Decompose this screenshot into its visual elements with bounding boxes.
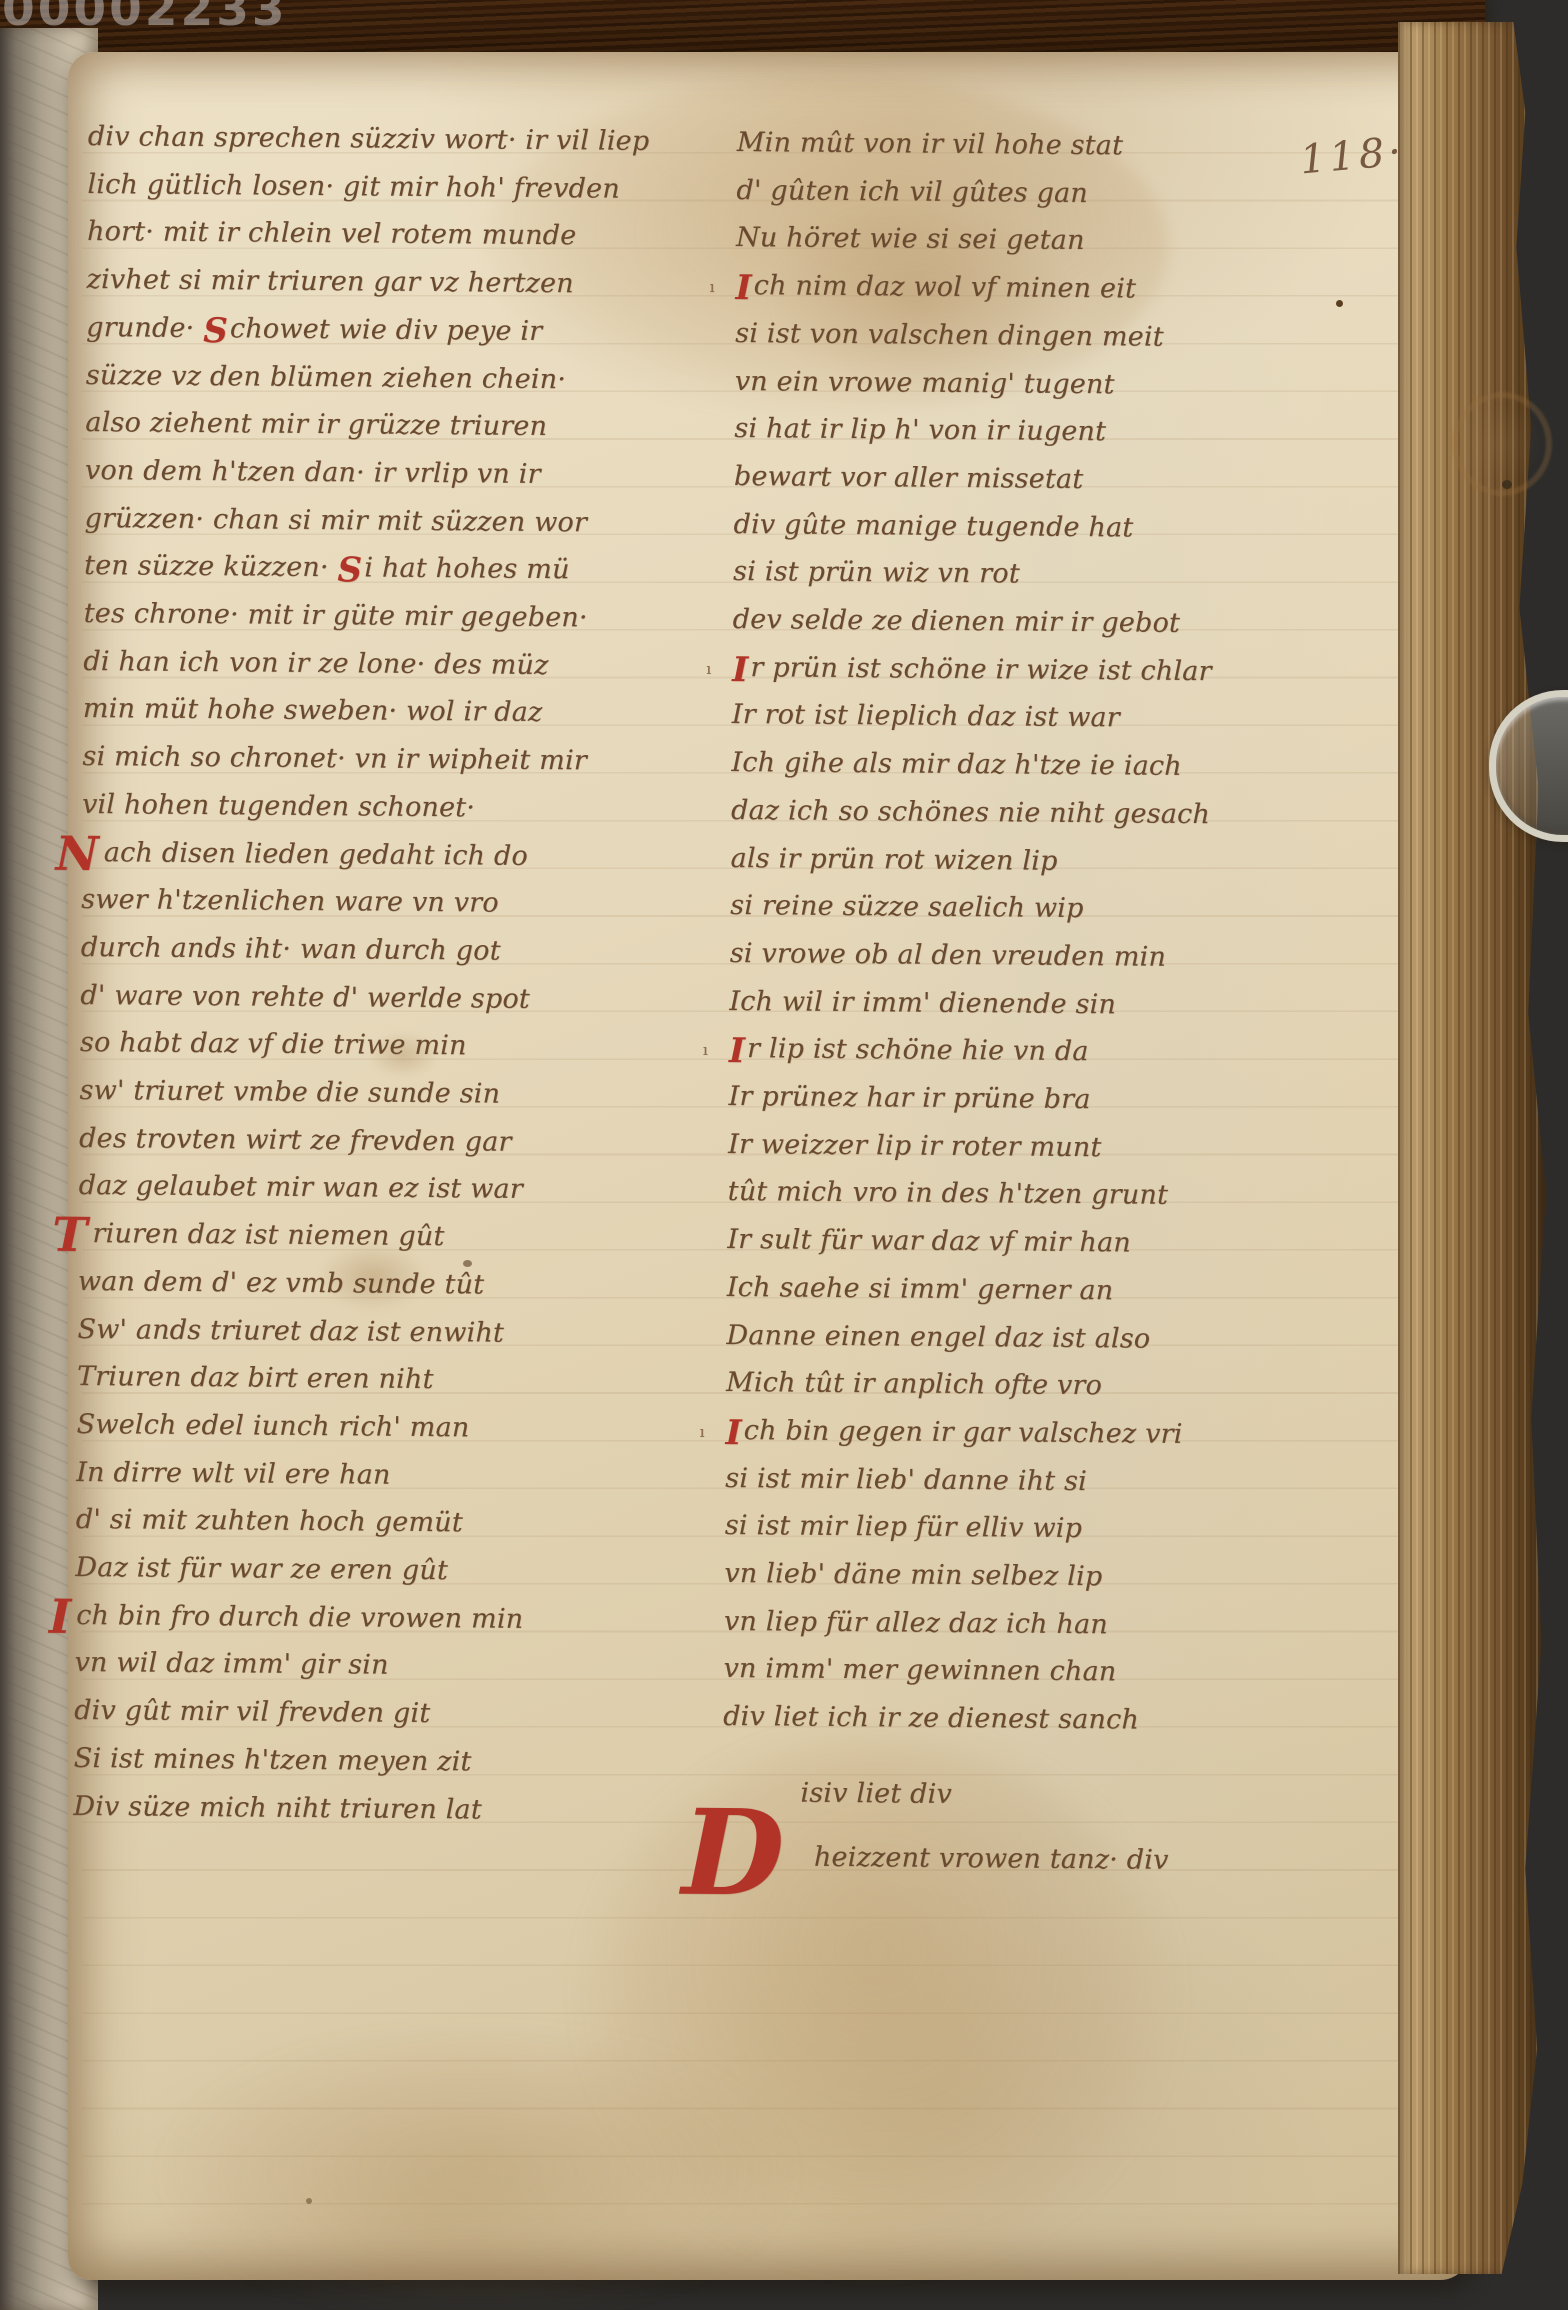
text-line: daz gelaubet mir wan ez ist war: [79, 1171, 523, 1205]
text-line: Ich gihe als mir daz h'tze ie iach: [731, 748, 1182, 782]
line-text: vn ein vrowe manig' tugent: [735, 365, 1115, 399]
text-line: grüzzen· chan si mir mit süzzen wor: [84, 504, 587, 538]
line-text: In dirre wlt vil ere han: [76, 1457, 391, 1491]
line-text: so habt daz vf die triwe min: [80, 1027, 467, 1061]
line-text: Div süze mich niht triuren lat: [73, 1790, 482, 1825]
text-line: also ziehent mir ir grüzze triuren: [85, 408, 547, 442]
line-text: Nu höret wie si sei getan: [736, 222, 1085, 256]
line-text: Ir rot ist lieplich daz ist war: [732, 699, 1120, 733]
rubric-initial: D: [682, 1805, 785, 1900]
line-text: ach disen lieden gedaht ich do: [104, 837, 528, 872]
rubric-initial: S: [337, 550, 362, 590]
text-line: vn lieb' däne min selbez lip: [724, 1559, 1102, 1592]
line-text: vn liep für allez daz ich han: [724, 1606, 1108, 1640]
line-text: lich gütlich losen· git mir hoh' frevden: [87, 169, 620, 205]
ink-speck: [463, 1260, 472, 1267]
line-text: di han ich von ir ze lone· des müz: [83, 646, 548, 681]
line-text: r lip ist schöne hie vn da: [747, 1033, 1089, 1067]
line-text: Daz ist für war ze eren gût: [75, 1552, 448, 1586]
text-line: d' ware von rehte d' werlde spot: [80, 981, 530, 1015]
text-line: bewart vor aller missetat: [734, 462, 1084, 495]
text-line: wan dem d' ez vmb sunde tût: [78, 1267, 485, 1300]
text-line: Ir weizzer lip ir roter munt: [728, 1130, 1102, 1163]
line-text: si mich so chronet· vn ir wipheit mir: [82, 741, 587, 776]
text-line: Sw' ands triuret daz ist enwiht: [77, 1314, 504, 1347]
text-line: Nach disen lieden gedaht ich do: [55, 837, 528, 871]
text-line: si ist prün wiz vn rot: [733, 557, 1020, 589]
line-text: Swelch edel iunch rich' man: [76, 1409, 469, 1443]
line-text: Ir prünez har ir prüne bra: [728, 1081, 1090, 1115]
text-line: Min mût von ir vil hohe stat: [737, 128, 1123, 161]
line-text: Triuren daz birt eren niht: [77, 1361, 434, 1395]
text-line: zivhet si mir triuren gar vz hertzen: [86, 265, 573, 299]
text-line: dev selde ze dienen mir ir gebot: [733, 605, 1181, 639]
parchment-stain: [588, 1742, 1168, 2262]
line-text: vn lieb' däne min selbez lip: [724, 1558, 1102, 1592]
text-line: durch ands iht· wan durch got: [81, 933, 501, 966]
line-text: ch bin fro durch die vrowen min: [76, 1600, 523, 1635]
line-text: hort· mit ir chlein vel rotem munde: [87, 216, 577, 251]
ink-dot: [1502, 480, 1512, 489]
text-line: grunde· Schowet wie div peye ir: [86, 313, 542, 347]
line-text: riuren daz ist niemen gût: [92, 1218, 444, 1252]
text-line: Ich bin fro durch die vrowen min: [49, 1600, 524, 1634]
line-text: tût mich vro in des h'tzen grunt: [728, 1176, 1169, 1211]
rubric-initial: I: [735, 268, 751, 308]
line-text: chowet wie div peye ir: [230, 313, 543, 347]
folio-number: 118·: [1298, 131, 1406, 180]
line-text: süzze vz den blümen ziehen chein·: [86, 359, 567, 394]
text-line: In dirre wlt vil ere han: [76, 1458, 391, 1490]
text-line: div gût mir vil frevden git: [74, 1696, 430, 1729]
line-text: tes chrone· mit ir güte mir gegeben·: [84, 598, 588, 633]
line-text: des trovten wirt ze frevden gar: [79, 1123, 512, 1158]
line-text: si vrowe ob al den vreuden min: [730, 938, 1166, 973]
text-line: tût mich vro in des h'tzen grunt: [728, 1177, 1169, 1211]
line-text: Min mût von ir vil hohe stat: [737, 127, 1124, 161]
text-line: ıIr prün ist schöne ir wize ist chlar: [732, 653, 1212, 687]
line-text: Danne einen engel daz ist also: [726, 1319, 1150, 1354]
ring-stain: [1452, 392, 1552, 496]
ink-speck: [1336, 300, 1343, 307]
line-text: zivhet si mir triuren gar vz hertzen: [86, 264, 573, 299]
line-text: d' gûten ich vil gûtes gan: [736, 175, 1088, 209]
line-text: Si ist mines h'tzen meyen zit: [74, 1743, 472, 1777]
line-text: vn wil daz imm' gir sin: [74, 1647, 388, 1681]
text-line: vn ein vrowe manig' tugent: [735, 366, 1115, 399]
line-text: ch bin gegen ir gar valschez vri: [744, 1415, 1183, 1450]
line-text: von dem h'tzen dan· ir vrlip vn ir: [85, 455, 541, 490]
rubric-initial: I: [49, 1589, 72, 1644]
text-line: Daz ist für war ze eren gût: [75, 1553, 448, 1586]
text-line: si ist mir lieb' danne iht si: [725, 1464, 1087, 1497]
text-line: d' si mit zuhten hoch gemüt: [76, 1505, 463, 1538]
photo-backdrop: div chan sprechen süzziv wort· ir vil li…: [0, 0, 1568, 2310]
text-line: div gûte manige tugende hat: [733, 510, 1133, 543]
text-line: Si ist mines h'tzen meyen zit: [74, 1744, 472, 1777]
line-text: durch ands iht· wan durch got: [81, 932, 501, 967]
line-text: sw' triuret vmbe die sunde sin: [79, 1075, 500, 1110]
text-line: daz ich so schönes nie niht gesach: [731, 796, 1210, 830]
watermark-number: 00002233: [2, 0, 288, 33]
text-line: si reine süzze saelich wip: [730, 891, 1084, 924]
text-line: Ich saehe si imm' gerner an: [727, 1273, 1114, 1306]
line-text: bewart vor aller missetat: [734, 461, 1084, 495]
line-text: also ziehent mir ir grüzze triuren: [85, 407, 547, 442]
paragraph-mark: ı: [703, 1042, 708, 1059]
line-text: daz gelaubet mir wan ez ist war: [79, 1170, 523, 1205]
line-text: Ich wil ir imm' dienende sin: [729, 986, 1116, 1020]
line-text: r prün ist schöne ir wize ist chlar: [750, 652, 1212, 687]
text-line: süzze vz den blümen ziehen chein·: [86, 360, 567, 394]
rubric-initial: I: [732, 650, 748, 690]
text-line: ten süzze küzzen· Si hat hohes mü: [84, 551, 570, 585]
text-line: lich gütlich losen· git mir hoh' frevden: [87, 170, 620, 204]
text-line: si hat ir lip h' von ir iugent: [734, 414, 1106, 447]
text-line: ıIr lip ist schöne hie vn da: [729, 1034, 1089, 1067]
line-text: Ir sult für war daz vf mir han: [727, 1224, 1131, 1259]
line-text: si ist prün wiz vn rot: [733, 556, 1020, 590]
fore-edge-pages: [1398, 22, 1546, 2274]
text-line: div liet ich ir ze dienest sanch: [723, 1702, 1139, 1735]
text-line: vil hohen tugenden schonet·: [82, 790, 475, 823]
text-line: div chan sprechen süzziv wort· ir vil li…: [88, 122, 650, 157]
line-text: i hat hohes mü: [364, 553, 570, 586]
line-text: ten süzze küzzen·: [84, 550, 338, 583]
line-text: heizzent vrowen tanz· div: [814, 1841, 1169, 1875]
line-text: grüzzen· chan si mir mit süzzen wor: [84, 503, 587, 538]
text-line: Danne einen engel daz ist also: [726, 1320, 1150, 1353]
line-text: wan dem d' ez vmb sunde tût: [78, 1266, 485, 1301]
line-text: si ist von valschen dingen meit: [735, 318, 1164, 353]
text-line: hort· mit ir chlein vel rotem munde: [87, 217, 577, 251]
text-line: min müt hohe sweben· wol ir daz: [83, 694, 543, 728]
line-text: min müt hohe sweben· wol ir daz: [83, 693, 543, 728]
line-text: div chan sprechen süzziv wort· ir vil li…: [88, 121, 650, 157]
text-line: swer h'tzenlichen ware vn vro: [81, 885, 499, 918]
line-text: vil hohen tugenden schonet·: [82, 789, 475, 823]
text-line: si vrowe ob al den vreuden min: [730, 939, 1166, 972]
text-line: tes chrone· mit ir güte mir gegeben·: [84, 599, 588, 633]
paragraph-mark: ı: [710, 279, 715, 296]
text-line: von dem h'tzen dan· ir vrlip vn ir: [85, 456, 541, 490]
text-line: heizzent vrowen tanz· div: [814, 1842, 1169, 1875]
text-line: vn wil daz imm' gir sin: [74, 1648, 388, 1680]
line-text: swer h'tzenlichen ware vn vro: [81, 884, 499, 919]
line-text: isiv liet div: [800, 1777, 952, 1809]
text-line: d' gûten ich vil gûtes gan: [736, 176, 1088, 209]
text-line: Swelch edel iunch rich' man: [77, 1410, 470, 1443]
text-line: Mich tût ir anplich ofte vro: [726, 1368, 1102, 1401]
line-text: dev selde ze dienen mir ir gebot: [733, 604, 1181, 639]
line-text: d' ware von rehte d' werlde spot: [80, 980, 530, 1015]
rubric-initial: I: [729, 1031, 745, 1071]
line-text: d' si mit zuhten hoch gemüt: [76, 1504, 463, 1538]
line-text: grunde·: [86, 312, 203, 344]
line-text: vn imm' mer gewinnen chan: [723, 1653, 1116, 1687]
text-line: sw' triuret vmbe die sunde sin: [79, 1076, 500, 1109]
text-line: Triuren daz ist niemen gût: [52, 1219, 444, 1252]
line-text: ch nim daz wol vf minen eit: [754, 270, 1137, 304]
manuscript-page: div chan sprechen süzziv wort· ir vil li…: [68, 52, 1470, 2280]
text-line: des trovten wirt ze frevden gar: [79, 1124, 512, 1157]
line-text: div gûte manige tugende hat: [733, 509, 1133, 543]
text-line: Disiv liet div: [800, 1778, 952, 1809]
text-line: Ir prünez har ir prüne bra: [728, 1082, 1090, 1115]
line-text: si ist mir liep für elliv wip: [725, 1510, 1083, 1544]
line-text: daz ich so schönes nie niht gesach: [731, 795, 1210, 830]
rubric-initial: N: [55, 826, 99, 881]
text-line: di han ich von ir ze lone· des müz: [83, 647, 548, 681]
line-text: Sw' ands triuret daz ist enwiht: [77, 1313, 504, 1348]
text-line: vn liep für allez daz ich han: [724, 1607, 1108, 1640]
text-line: ıIch bin gegen ir gar valschez vri: [726, 1416, 1183, 1450]
line-text: Ich saehe si imm' gerner an: [727, 1272, 1114, 1306]
paragraph-mark: ı: [706, 660, 711, 677]
rubric-initial: I: [725, 1413, 741, 1453]
text-line: Ich wil ir imm' dienende sin: [729, 987, 1116, 1020]
text-line: Div süze mich niht triuren lat: [73, 1791, 482, 1824]
text-line: als ir prün rot wizen lip: [730, 843, 1057, 876]
text-line: Nu höret wie si sei getan: [736, 223, 1085, 256]
paragraph-mark: ı: [700, 1424, 705, 1441]
line-text: Mich tût ir anplich ofte vro: [726, 1367, 1102, 1401]
rubric-initial: T: [52, 1208, 88, 1263]
text-line: Ir rot ist lieplich daz ist war: [732, 700, 1120, 733]
line-text: si ist mir lieb' danne iht si: [725, 1463, 1087, 1497]
text-line: so habt daz vf die triwe min: [80, 1028, 467, 1061]
ink-speck: [306, 2198, 312, 2204]
text-line: Triuren daz birt eren niht: [77, 1362, 434, 1395]
line-text: als ir prün rot wizen lip: [730, 842, 1057, 876]
text-line: si mich so chronet· vn ir wipheit mir: [82, 742, 587, 776]
line-text: div liet ich ir ze dienest sanch: [723, 1701, 1139, 1736]
line-text: Ir weizzer lip ir roter munt: [728, 1129, 1102, 1163]
text-line: Ir sult für war daz vf mir han: [727, 1225, 1131, 1258]
line-text: Ich gihe als mir daz h'tze ie iach: [731, 747, 1182, 782]
line-text: si reine süzze saelich wip: [730, 890, 1084, 924]
text-line: si ist von valschen dingen meit: [735, 319, 1164, 352]
parchment-stain: [168, 2032, 788, 2310]
line-text: div gût mir vil frevden git: [74, 1695, 430, 1729]
text-line: vn imm' mer gewinnen chan: [723, 1654, 1116, 1687]
line-text: si hat ir lip h' von ir iugent: [734, 413, 1106, 447]
rubric-initial: S: [203, 311, 228, 351]
text-line: si ist mir liep für elliv wip: [725, 1511, 1083, 1544]
text-line: ıIch nim daz wol vf minen eit: [735, 271, 1136, 304]
